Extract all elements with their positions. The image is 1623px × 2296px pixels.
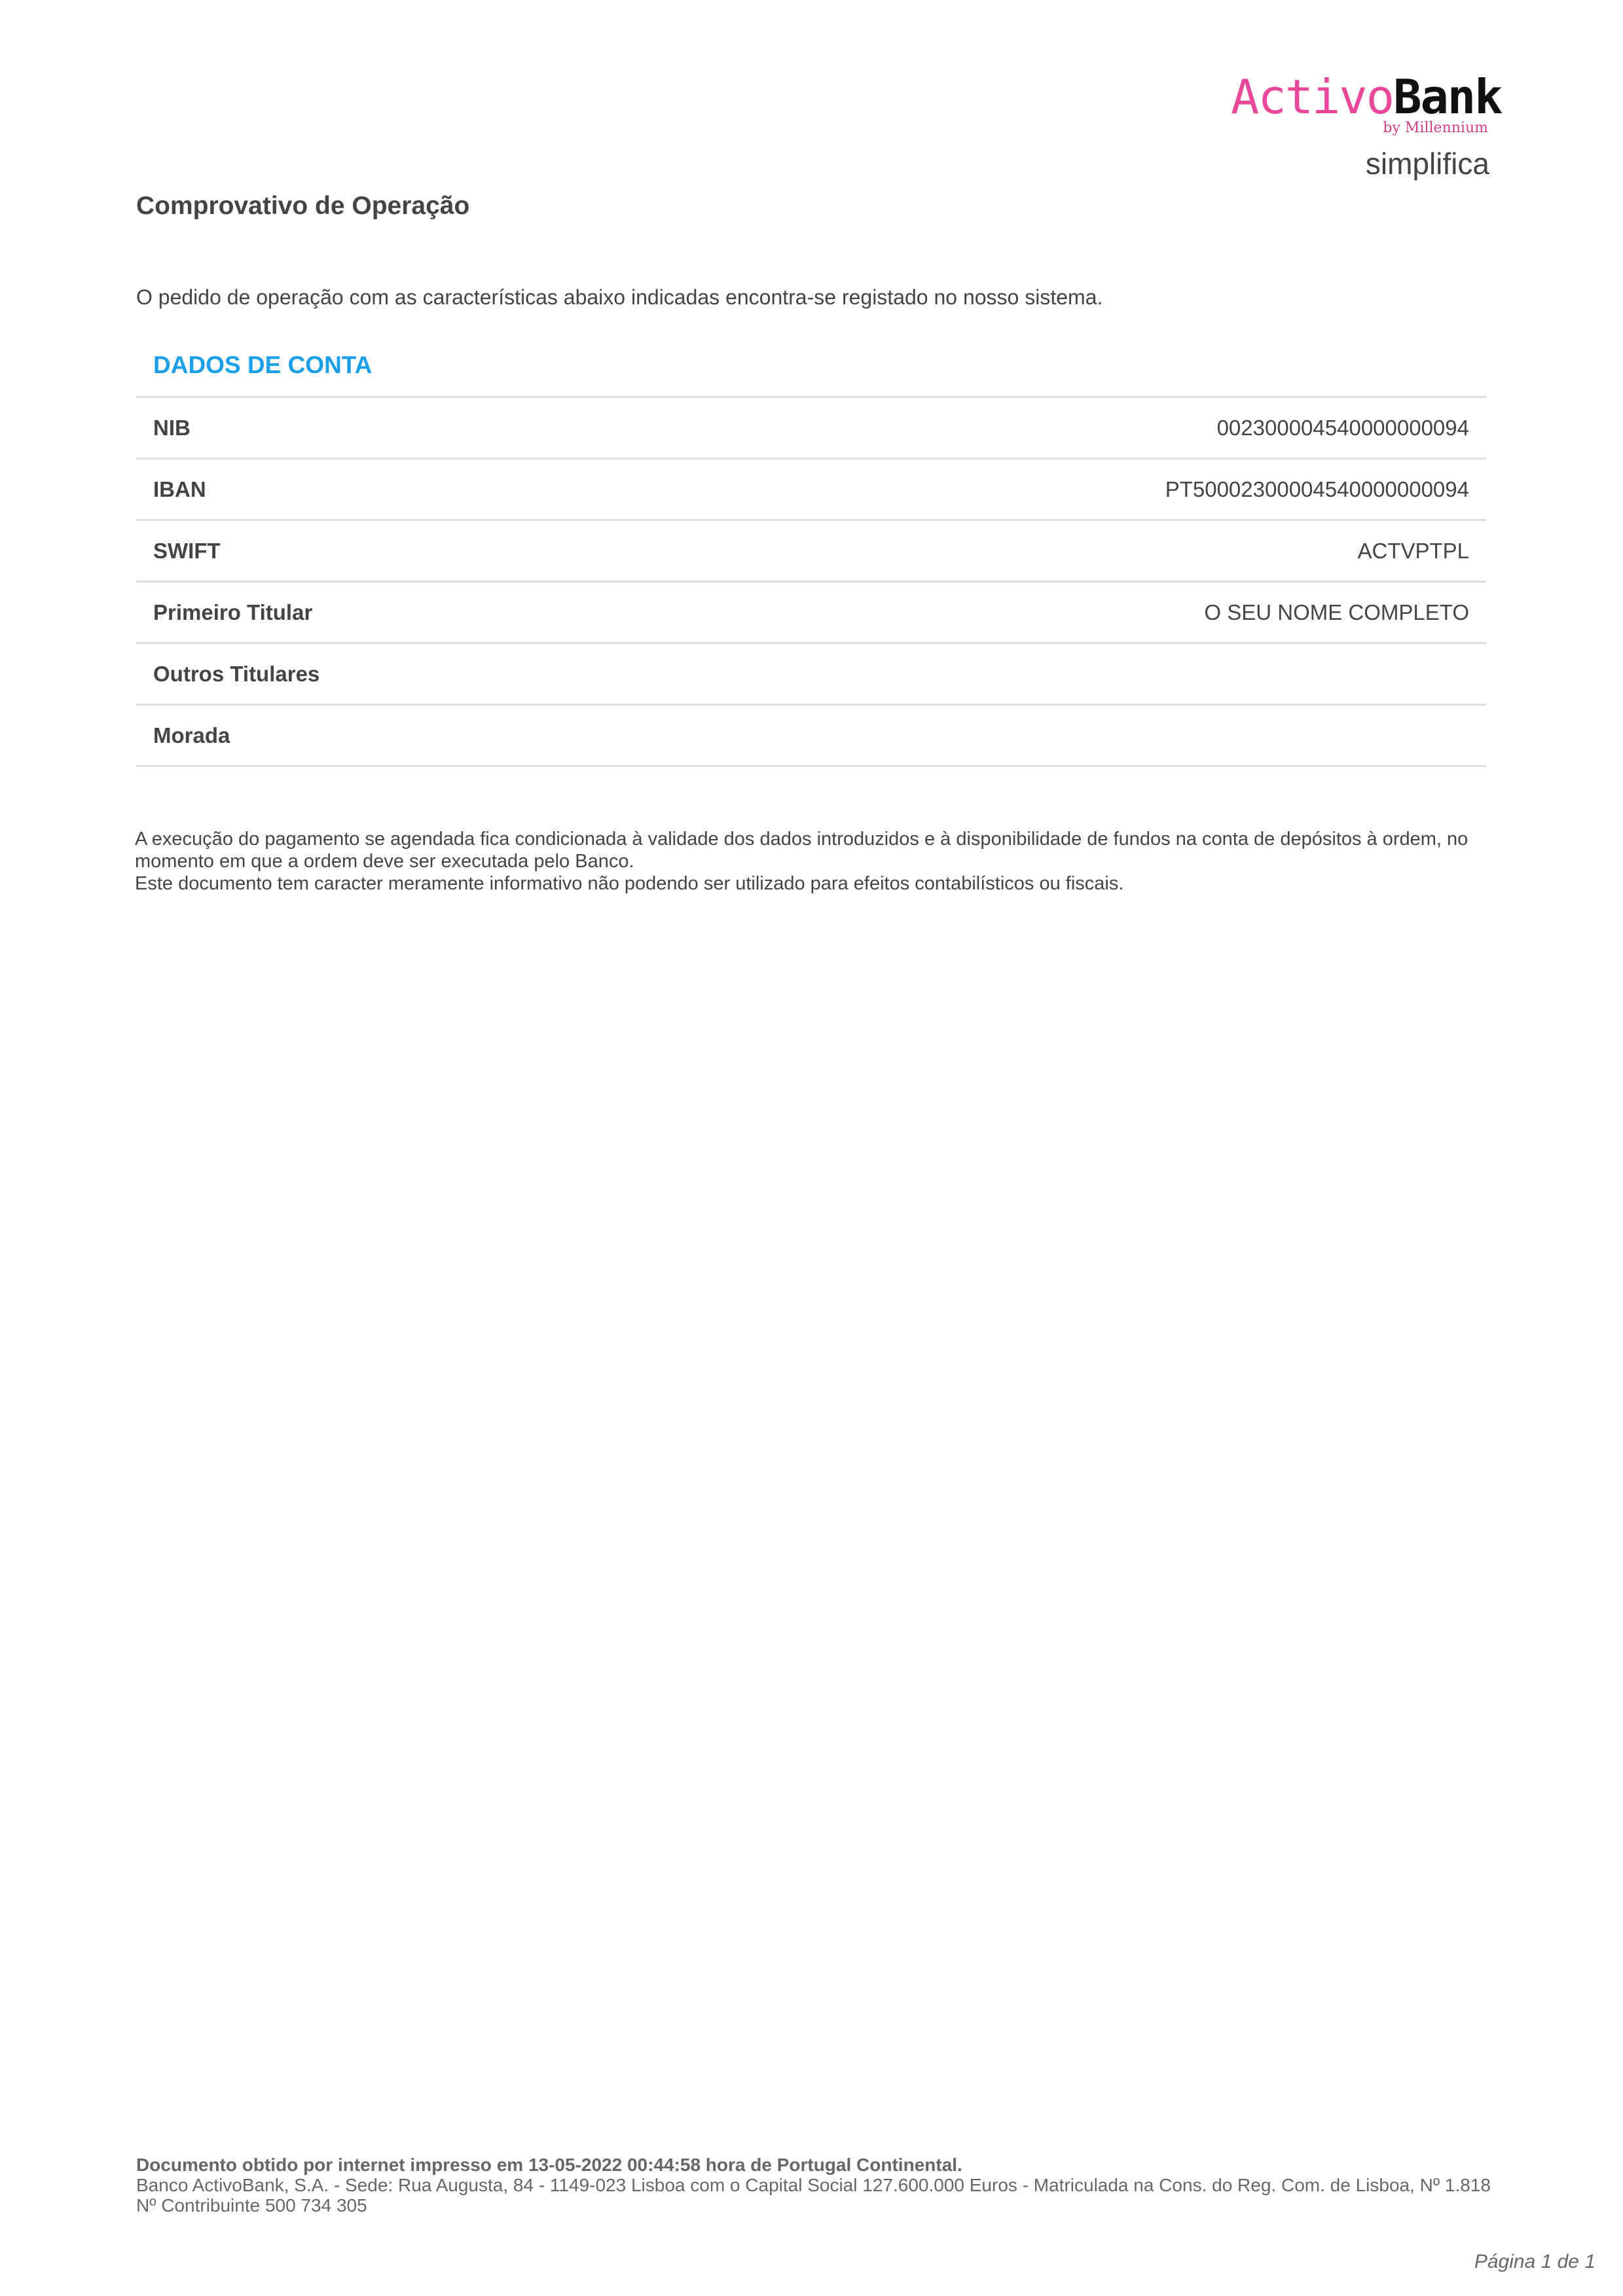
- page-title: Comprovativo de Operação: [136, 190, 469, 223]
- logo-bank: Bank: [1393, 69, 1501, 124]
- table-row-iban: IBAN PT50002300004540000000094: [136, 459, 1486, 521]
- table-row-nib: NIB 002300004540000000094: [136, 398, 1486, 459]
- tagline: simplifica: [1366, 145, 1489, 182]
- row-label: IBAN: [153, 477, 206, 502]
- disclaimer: A execução do pagamento se agendada fica…: [135, 828, 1490, 895]
- row-label: Primeiro Titular: [153, 600, 312, 625]
- table-row-address: Morada: [136, 706, 1486, 767]
- intro-text: O pedido de operação com as característi…: [136, 283, 1103, 312]
- disclaimer-informative: Este documento tem caracter meramente in…: [135, 872, 1490, 895]
- logo-activo: Activo: [1231, 69, 1393, 124]
- row-value: 002300004540000000094: [1217, 416, 1469, 440]
- row-label: Outros Titulares: [153, 662, 319, 687]
- table-row-other-holders: Outros Titulares: [136, 644, 1486, 706]
- table-row-first-holder: Primeiro Titular O SEU NOME COMPLETO: [136, 583, 1486, 644]
- row-label: Morada: [153, 723, 230, 748]
- footer-printed-note: Documento obtido por internet impresso e…: [136, 2155, 1491, 2175]
- section-title-account-data: DADOS DE CONTA: [153, 350, 372, 381]
- footer: Documento obtido por internet impresso e…: [136, 2155, 1491, 2215]
- footer-legal: Banco ActivoBank, S.A. - Sede: Rua Augus…: [136, 2175, 1491, 2215]
- row-value: PT50002300004540000000094: [1165, 477, 1469, 502]
- page-number: Página 1 de 1: [1474, 2249, 1596, 2275]
- table-row-swift: SWIFT ACTVPTPL: [136, 521, 1486, 583]
- activobank-logo: ActivoBank by Millennium: [1231, 71, 1489, 136]
- row-label: SWIFT: [153, 539, 221, 564]
- logo-wordmark: ActivoBank: [1231, 71, 1489, 123]
- row-value: ACTVPTPL: [1357, 539, 1469, 564]
- row-value: O SEU NOME COMPLETO: [1204, 600, 1469, 625]
- account-data-table: NIB 002300004540000000094 IBAN PT5000230…: [136, 396, 1486, 767]
- disclaimer-execution: A execução do pagamento se agendada fica…: [135, 828, 1490, 872]
- row-label: NIB: [153, 416, 191, 440]
